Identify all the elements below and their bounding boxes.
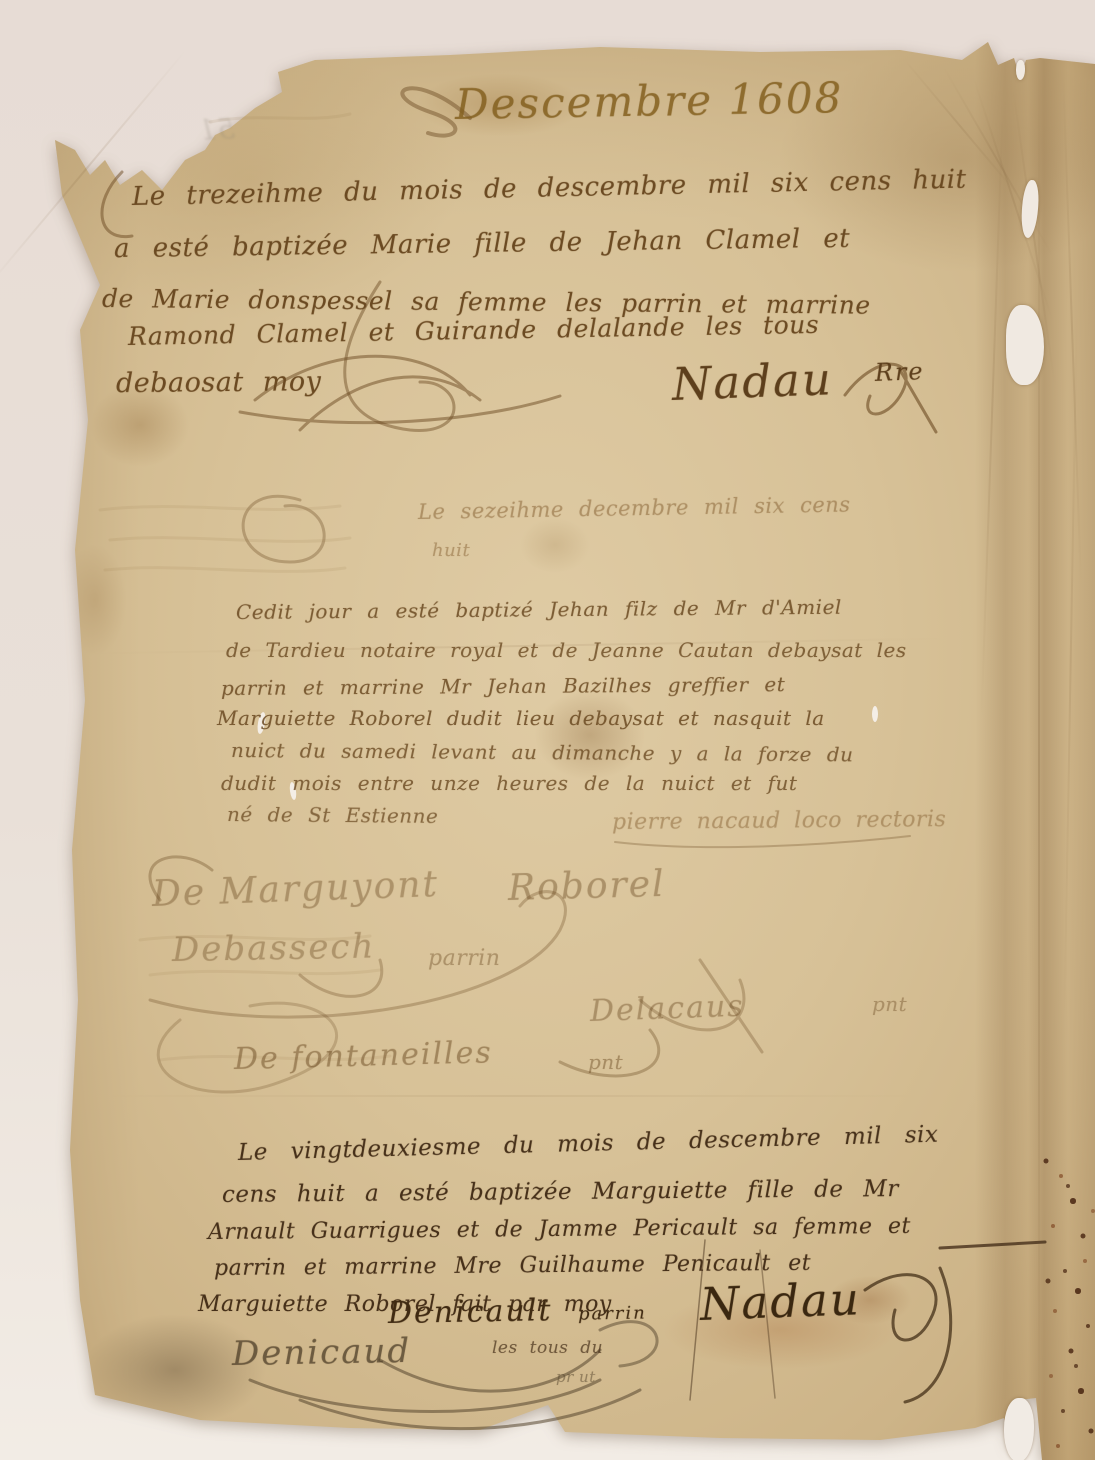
crease-line <box>100 1095 920 1097</box>
bottom-signature-note-2: pr ut <box>556 1368 596 1386</box>
entry1-line-5: debaosat moy <box>116 366 322 399</box>
entry2-date-line-2: huit <box>432 540 470 561</box>
witness-signature-1b: Roborel <box>507 864 666 909</box>
folio-number-ghost: 51 <box>198 112 236 147</box>
entry2-line-2: de Tardieu notaire royal et de Jeanne Ca… <box>226 638 907 662</box>
entry2-priest-signature: pierre nacaud loco rectoris <box>612 807 946 835</box>
foxing-speckles <box>1042 1140 1044 1142</box>
witness-signature-2: Debassech <box>172 926 376 970</box>
entry2-line-7: né de St Estienne <box>227 802 439 828</box>
signature-name: Denicault <box>388 1293 553 1331</box>
paper-fleck <box>872 706 878 722</box>
witness-signature-3: Delacaus <box>589 989 745 1029</box>
witness-signature-4: De fontaneilles <box>234 1035 494 1077</box>
bottom-gap <box>1004 1398 1034 1460</box>
witness-signature-4b: pnt <box>588 1050 623 1074</box>
manuscript-photo: 51 Descembre 1608 Le trezeihme du mois d… <box>0 0 1095 1460</box>
witness-signature-2b: parrin <box>428 946 500 971</box>
signature-name: Nadau <box>671 352 834 411</box>
entry3-godfather-signature: Denicault parrin <box>388 1291 647 1331</box>
entry2-line-5: nuict du samedi levant au dimanche y a l… <box>231 738 854 766</box>
entry2-line-3: parrin et marrine Mr Jehan Bazilhes gref… <box>221 672 785 700</box>
entry1-priest-signature: Nadau Rre <box>671 349 926 411</box>
page-title-month: Descembre 1608 <box>455 73 844 129</box>
signature-title: Rre <box>874 357 925 387</box>
witness-signature-3b: pnt <box>872 992 907 1016</box>
bottom-signature: Denicaud <box>232 1331 412 1374</box>
entry2-line-6: dudit mois entre unze heures de la nuict… <box>221 771 797 795</box>
worm-hole <box>1006 305 1044 385</box>
entry2-line-4: Marguiette Roborel dudit lieu debaysat e… <box>217 706 825 730</box>
signature-note: parrin <box>578 1302 647 1324</box>
bottom-signature-note: les tous du <box>492 1338 603 1358</box>
entry3-priest-signature: Nadau <box>699 1272 862 1331</box>
